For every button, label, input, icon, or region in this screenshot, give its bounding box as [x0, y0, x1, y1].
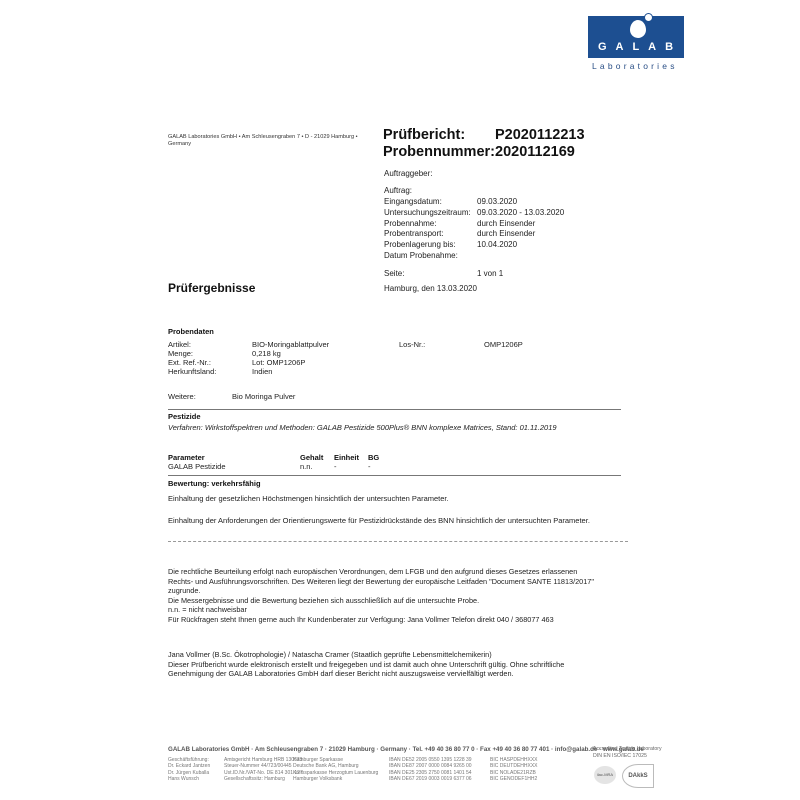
place-date: Hamburg, den 13.03.2020: [384, 284, 477, 293]
pruefbericht-label: Prüfbericht:: [383, 127, 495, 144]
auftrag-label: Auftrag:: [384, 186, 412, 195]
meta-row-untersuchungszeitraum: Untersuchungszeitraum:09.03.2020 - 13.03…: [384, 208, 564, 219]
probennummer-label: Probennummer:: [383, 144, 495, 161]
pestizide-heading: Pestizide: [168, 412, 201, 421]
divider: [168, 409, 621, 410]
dakks-seal-icon: DAkkS: [622, 764, 654, 788]
meta-fields: Eingangsdatum:09.03.2020 Untersuchungsze…: [384, 197, 564, 262]
footer-bics: BIC HASPDEHHXXX BIC DEUTDEHHXXX BIC NOLA…: [490, 757, 538, 783]
row-menge: Menge:0,218 kg: [168, 349, 523, 358]
galab-logo: GALAB Laboratories: [580, 16, 700, 71]
pestizide-verfahren: Verfahren: Wirkstoffspektren und Methode…: [168, 423, 557, 432]
meta-row-datum-probenahme: Datum Probenahme:: [384, 251, 564, 262]
logo-box: GALAB: [588, 16, 684, 58]
results-table: ParameterGehaltEinheitBG GALAB Pestizide…: [168, 453, 379, 471]
probendaten-heading: Probendaten: [168, 327, 214, 336]
bewertung-line-2: Einhaltung der Anforderungen der Orienti…: [168, 516, 590, 525]
dotted-divider: [168, 541, 628, 542]
footer-ibans: IBAN DE52 2005 0550 1395 1228 39 IBAN DE…: [389, 757, 472, 783]
pruefbericht-value: P2020112213: [495, 127, 585, 143]
bewertung-heading: Bewertung: verkehrsfähig: [168, 479, 261, 488]
page-indicator: Seite:1 von 1: [384, 269, 503, 278]
probendaten-block: Artikel:BIO-MoringablattpulverLos-Nr.:OM…: [168, 340, 523, 376]
divider: [168, 475, 621, 476]
ilac-seal-icon: ilac-MRA: [594, 766, 616, 784]
meta-row-probentransport: Probentransport:durch Einsender: [384, 229, 564, 240]
results-table-header: ParameterGehaltEinheitBG: [168, 453, 379, 462]
logo-dot-icon: [644, 13, 653, 22]
logo-name: GALAB: [588, 41, 684, 53]
row-ext-ref: Ext. Ref.-Nr.:Lot: OMP1206P: [168, 358, 523, 367]
legal-notes: Die rechtliche Beurteilung erfolgt nach …: [168, 567, 638, 625]
sender-address: GALAB Laboratories GmbH • Am Schleusengr…: [168, 134, 368, 148]
bewertung-line-1: Einhaltung der gesetzlichen Höchstmengen…: [168, 494, 449, 503]
meta-row-eingangsdatum: Eingangsdatum:09.03.2020: [384, 197, 564, 208]
accreditation-text: Accredited Testing Laboratory DIN EN ISO…: [593, 746, 662, 759]
meta-row-probenlagerung: Probenlagerung bis:10.04.2020: [384, 240, 564, 251]
meta-row-probennahme: Probennahme:durch Einsender: [384, 219, 564, 230]
footer-register: Amtsgericht Hamburg HRB 130673 Steuer-Nu…: [224, 757, 303, 783]
footer-headline: GALAB Laboratories GmbH · Am Schleusengr…: [168, 746, 644, 753]
row-artikel: Artikel:BIO-MoringablattpulverLos-Nr.:OM…: [168, 340, 523, 349]
footer-banks: Hamburger Sparkasse Deutsche Bank AG, Ha…: [293, 757, 378, 783]
logo-subtitle: Laboratories: [592, 61, 712, 71]
table-row: GALAB Pestiziden.n.--: [168, 462, 379, 471]
row-weitere: Weitere:Bio Moringa Pulver: [168, 392, 295, 401]
report-header: Prüfbericht:P2020112213 Probennummer:202…: [383, 127, 585, 161]
row-herkunftsland: Herkunftsland:Indien: [168, 367, 523, 376]
footer-management: Geschäftsführung: Dr. Eckard Jantzen Dr.…: [168, 757, 210, 783]
probennummer-value: 2020112169: [495, 144, 575, 160]
signature-block: Jana Vollmer (B.Sc. Ökotrophologie) / Na…: [168, 650, 638, 679]
auftraggeber-label: Auftraggeber:: [384, 169, 432, 178]
page-title: Prüfergebnisse: [168, 281, 255, 295]
logo-drop-icon: [630, 20, 646, 38]
